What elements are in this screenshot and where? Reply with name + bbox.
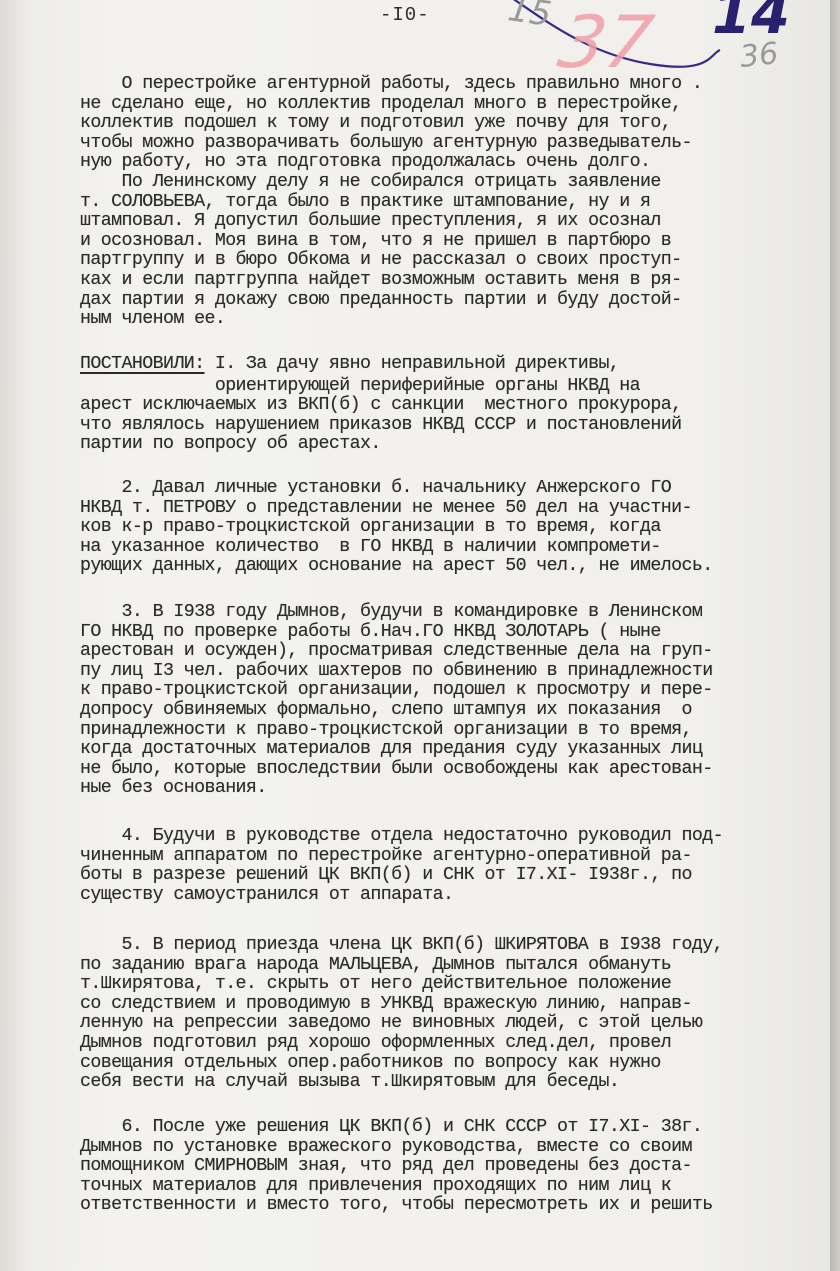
resolution-item-line: пу лиц I3 чел. рабочих шахтеров по обвин… [80,661,713,681]
intro-line: ную работу, но эта подготовка продолжала… [80,152,650,172]
resolution-item-line: НКВД т. ПЕТРОВУ о представлении не менее… [80,498,692,518]
intro-line: дах партии я докажу свою преданность пар… [80,290,682,310]
intro-line: партгруппу и в бюро Обкома и не рассказа… [80,250,682,270]
paper-edge [830,0,840,1271]
resolution-item-line: партии по вопросу об арестах. [80,434,381,454]
resolution-item-line: арест исключаемых из ВКП(б) с санкции ме… [80,395,682,415]
intro-line: О перестройке агентурной работы, здесь п… [80,74,702,94]
resolution-item-line: ответственности и вместо того, чтобы пер… [80,1195,713,1215]
resolution-item-line: 2. Давал личные установки б. начальнику … [80,478,671,498]
resolution-item-line: рующих данных, дающих основание на арест… [80,556,713,576]
handwritten-crossed-number: 15 [505,0,553,35]
resolution-item-line: 5. В период приезда члена ЦК ВКП(б) ШКИР… [80,935,723,955]
intro-line: чтобы можно разворачивать большую агенту… [80,133,692,153]
resolution-item-line: не было, которые впоследствии были освоб… [80,759,713,779]
resolution-item-line: т.Шкирятова, т.е. скрыть от него действи… [80,974,671,994]
handwritten-pencil-number: 36 [738,36,780,75]
resolution-item-line: принадлежности к право-троцкистской орга… [80,720,692,740]
intro-line: ным членом ее. [80,309,225,329]
handwritten-red-number: 37 [553,0,659,84]
intro-line: штамповал. Я допустил большие преступлен… [80,211,661,231]
resolution-item-line: 3. В I938 году Дымнов, будучи в командир… [80,602,702,622]
resolution-item-line: Дымнов по установке вражеского руководст… [80,1137,692,1157]
resolution-item-line: ориентирующей периферийные органы НКВД н… [80,376,640,396]
resolution-item-line: арестован и осужден), просматривая следс… [80,641,713,661]
resolution-item-line: ленную на репрессии заведомо не виновных… [80,1013,702,1033]
intro-line: По Ленинскому делу я не собирался отрица… [80,172,661,192]
resolution-item-line: точных материалов для привлечения проход… [80,1176,671,1196]
resolution-item-line: I. За дачу явно неправильной директивы, [80,354,619,374]
resolution-item-line: себя вести на случай вызыва т.Шкирятовым… [80,1072,619,1092]
resolution-item-line: совещания отдельных опер.работников по в… [80,1053,661,1073]
resolution-item-line: когда достаточных материалов для предани… [80,739,702,759]
resolution-item-line: ков к-р право-троцкистской организации в… [80,517,661,537]
resolution-item-line: к право-троцкистской организации, подоше… [80,680,713,700]
resolution-item-line: на указанное количество в ГО НКВД в нали… [80,537,661,557]
resolution-item-line: 6. После уже решения ЦК ВКП(б) и СНК ССС… [80,1117,702,1137]
resolution-item-line: помощником СМИРНОВЫМ зная, что ряд дел п… [80,1156,692,1176]
intro-line: и осозновал. Моя вина в том, что я не пр… [80,231,671,251]
resolution-item-line: ГО НКВД по проверке работы б.Нач.ГО НКВД… [80,622,661,642]
intro-line: ках и если партгруппа найдет возможным о… [80,270,682,290]
resolution-item-line: чиненным аппаратом по перестройке агенту… [80,846,692,866]
resolution-item-line: допросу обвиняемых формально, слепо штам… [80,700,692,720]
resolution-item-line: 4. Будучи в руководстве отдела недостато… [80,826,723,846]
intro-line: коллектив подошел к тому и подготовил уж… [80,113,671,133]
intro-line: т. СОЛОВЬЕВА, тогда было в практике штам… [80,192,650,212]
intro-line: не сделано еще, но коллектив проделал мн… [80,94,682,114]
page-number: -I0- [380,4,430,26]
resolution-item-line: существу самоустранился от аппарата. [80,885,453,905]
resolution-item-line: что являлось нарушением приказов НКВД СС… [80,415,682,435]
resolution-item-line: со следствием и проводимую в УНКВД враже… [80,994,692,1014]
resolution-item-line: ные без основания. [80,778,267,798]
resolution-item-line: боты в разрезе решений ЦК ВКП(б) и СНК о… [80,865,692,885]
resolution-item-line: Дымнов подготовил ряд хорошо оформленных… [80,1033,671,1053]
resolution-item-line: по заданию врага народа МАЛЬЦЕВА, Дымнов… [80,955,671,975]
